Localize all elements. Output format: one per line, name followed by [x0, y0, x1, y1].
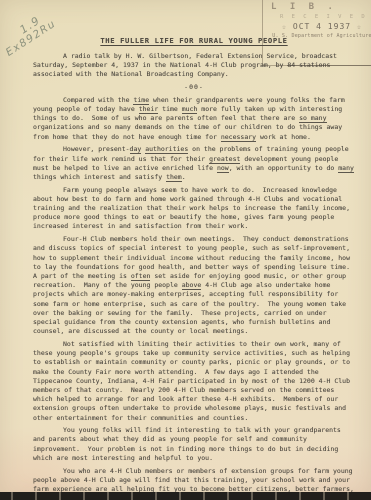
paragraph-6: You young folks will find it interesting…: [33, 426, 355, 463]
separator: -00-: [33, 83, 355, 92]
stamp-received-text: R E C E I V E D: [263, 13, 371, 21]
paragraph-1: Compared with the time when their grandp…: [33, 96, 355, 142]
paragraph-2: However, present-day authorities on the …: [33, 145, 355, 182]
document-page: 1.9 Ex892Ru L I B . R E C E I V E D ☆ OC…: [0, 0, 371, 500]
document-title: THE FULLER LIFE FOR RURAL YOUNG PEOPLE: [33, 36, 355, 45]
stamp-library-text: L I B .: [263, 1, 371, 13]
intro-paragraph: A radio talk by H. W. Gilbertson, Federa…: [33, 52, 355, 80]
typed-document: THE FULLER LIFE FOR RURAL YOUNG PEOPLE A…: [33, 36, 355, 500]
scan-edge-band: [0, 492, 371, 500]
paragraph-3: Farm young people always seem to have wo…: [33, 186, 355, 232]
star-icon: ☆: [282, 23, 287, 31]
paragraph-4: Four-H Club members hold their own meeti…: [33, 235, 355, 336]
stamp-date: OCT 4 1937: [293, 22, 351, 31]
stamp-date-line: ☆ OCT 4 1937 ☆: [263, 21, 371, 33]
star-icon: ☆: [357, 23, 362, 31]
paragraph-5: Not satisfied with limiting their activi…: [33, 340, 355, 423]
